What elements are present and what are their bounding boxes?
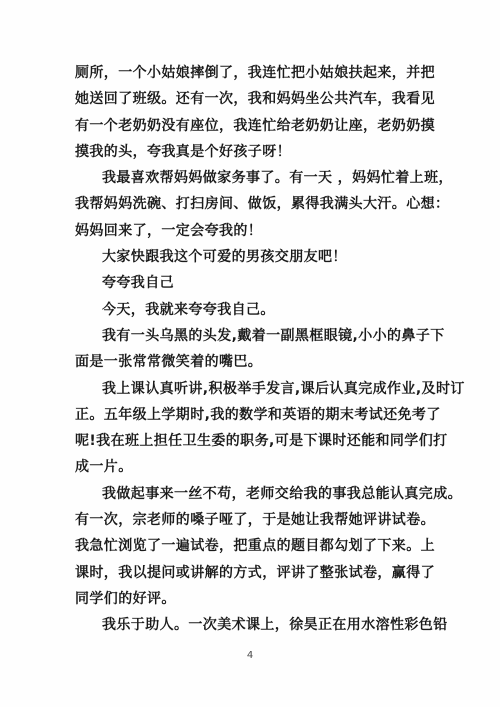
text-line: 我帮妈妈洗碗、打扫房间、做饭，累得我满头大汗。心想： (75, 191, 427, 217)
text-line: 成一片。 (75, 454, 427, 480)
document-body: 厕所，一个小姑娘摔倒了，我连忙把小姑娘扶起来，并把 她送回了班级。还有一次，我和… (75, 60, 427, 639)
text-line: 我有一头乌黑的头发,戴着一副黑框眼镜,小小的鼻子下 (75, 323, 427, 349)
page-number: 4 (0, 649, 500, 663)
text-line: 面是一张常常微笑着的嘴巴。 (75, 349, 427, 375)
text-line: 有一个老奶奶没有座位，我连忙给老奶奶让座，老奶奶摸 (75, 113, 427, 139)
text-line: 我乐于助人。一次美术课上，徐昊正在用水溶性彩色铅 (75, 612, 427, 638)
text-line: 妈妈回来了，一定会夸我的！ (75, 218, 427, 244)
text-line: 有一次，宗老师的嗓子哑了，于是她让我帮她评讲试卷。 (75, 507, 427, 533)
text-line: 她送回了班级。还有一次，我和妈妈坐公共汽车，我看见 (75, 86, 427, 112)
text-line: 课时，我以提问或讲解的方式，评讲了整张试卷，赢得了 (75, 560, 427, 586)
text-line: 我做起事来一丝不苟，老师交给我的事我总能认真完成。 (75, 481, 427, 507)
text-line: 正。五年级上学期时,我的数学和英语的期末考试还免考了 (75, 402, 427, 428)
text-line: 同学们的好评。 (75, 586, 427, 612)
text-line: 摸我的头，夸我真是个好孩子呀！ (75, 139, 427, 165)
text-line: 我最喜欢帮妈妈做家务事了。有一天 ，妈妈忙着上班， (75, 165, 427, 191)
text-line: 今天，我就来夸夸我自己。 (75, 297, 427, 323)
text-line: 我上课认真听讲,积极举手发言,课后认真完成作业,及时订 (75, 376, 427, 402)
essay-title-line: 夸夸我自己 (75, 270, 427, 296)
text-line: 呢!我在班上担任卫生委的职务,可是下课时还能和同学们打 (75, 428, 427, 454)
document-page: 厕所，一个小姑娘摔倒了，我连忙把小姑娘扶起来，并把 她送回了班级。还有一次，我和… (0, 0, 500, 707)
text-line: 大家快跟我这个可爱的男孩交朋友吧！ (75, 244, 427, 270)
text-line: 我急忙浏览了一遍试卷，把重点的题目都勾划了下来。上 (75, 533, 427, 559)
text-line: 厕所，一个小姑娘摔倒了，我连忙把小姑娘扶起来，并把 (75, 60, 427, 86)
